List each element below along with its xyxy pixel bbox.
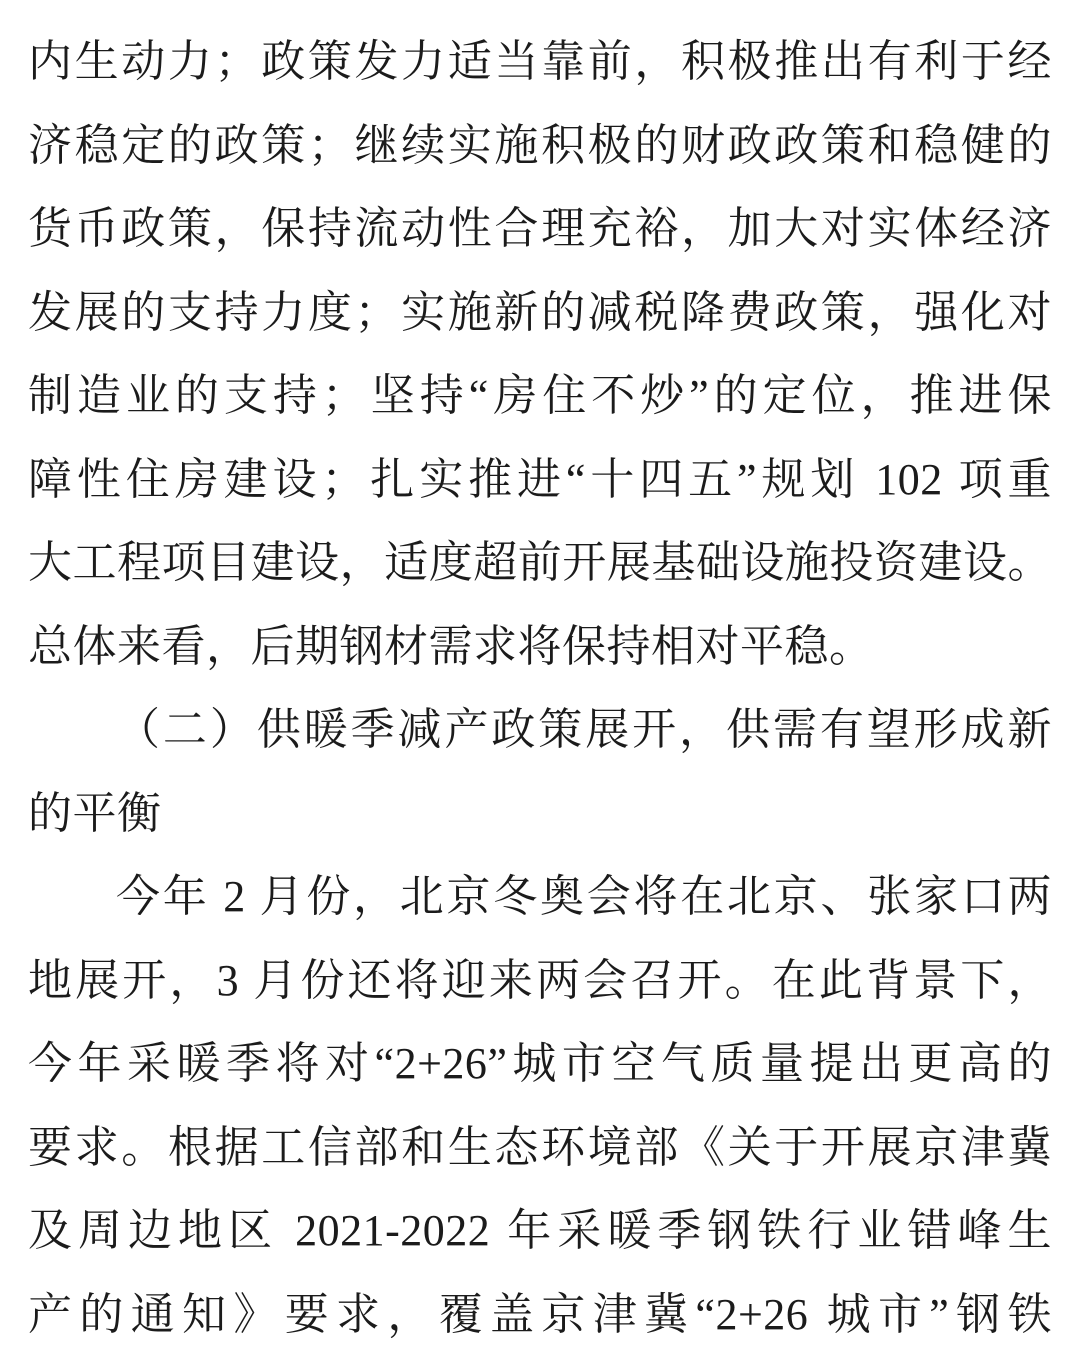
text-line: 产的通知》要求，覆盖京津冀“2+26 城市”钢铁: [28, 1273, 1052, 1357]
text-line: 地展开，3 月份还将迎来两会召开。在此背景下，: [28, 939, 1052, 1023]
section-heading-2: （二）供暖季减产政策展开，供需有望形成新 的平衡: [28, 688, 1052, 855]
text-line: 制造业的支持；坚持“房住不炒”的定位，推进保: [28, 354, 1052, 438]
paragraph-policy-continuation: 内生动力；政策发力适当靠前，积极推出有利于经 济稳定的政策；继续实施积极的财政政…: [28, 20, 1052, 688]
text-line: 大工程项目建设，适度超前开展基础设施投资建设。: [28, 521, 1052, 605]
text-line: 济稳定的政策；继续实施积极的财政政策和稳健的: [28, 104, 1052, 188]
text-line: 及周边地区 2021-2022 年采暖季钢铁行业错峰生: [28, 1189, 1052, 1273]
text-line: 内生动力；政策发力适当靠前，积极推出有利于经: [28, 20, 1052, 104]
text-line: 总体来看，后期钢材需求将保持相对平稳。: [28, 605, 1052, 689]
text-line: 要求。根据工信部和生态环境部《关于开展京津冀: [28, 1106, 1052, 1190]
paragraph-heating-season: 今年 2 月份，北京冬奥会将在北京、张家口两 地展开，3 月份还将迎来两会召开。…: [28, 855, 1052, 1356]
heading-line: （二）供暖季减产政策展开，供需有望形成新: [28, 688, 1052, 772]
text-line: 发展的支持力度；实施新的减税降费政策，强化对: [28, 271, 1052, 355]
document-page: 内生动力；政策发力适当靠前，积极推出有利于经 济稳定的政策；继续实施积极的财政政…: [0, 0, 1080, 1365]
text-line: 障性住房建设；扎实推进“十四五”规划 102 项重: [28, 438, 1052, 522]
text-line: 今年采暖季将对“2+26”城市空气质量提出更高的: [28, 1022, 1052, 1106]
text-line: 今年 2 月份，北京冬奥会将在北京、张家口两: [28, 855, 1052, 939]
heading-line: 的平衡: [28, 772, 1052, 856]
text-line: 货币政策，保持流动性合理充裕，加大对实体经济: [28, 187, 1052, 271]
